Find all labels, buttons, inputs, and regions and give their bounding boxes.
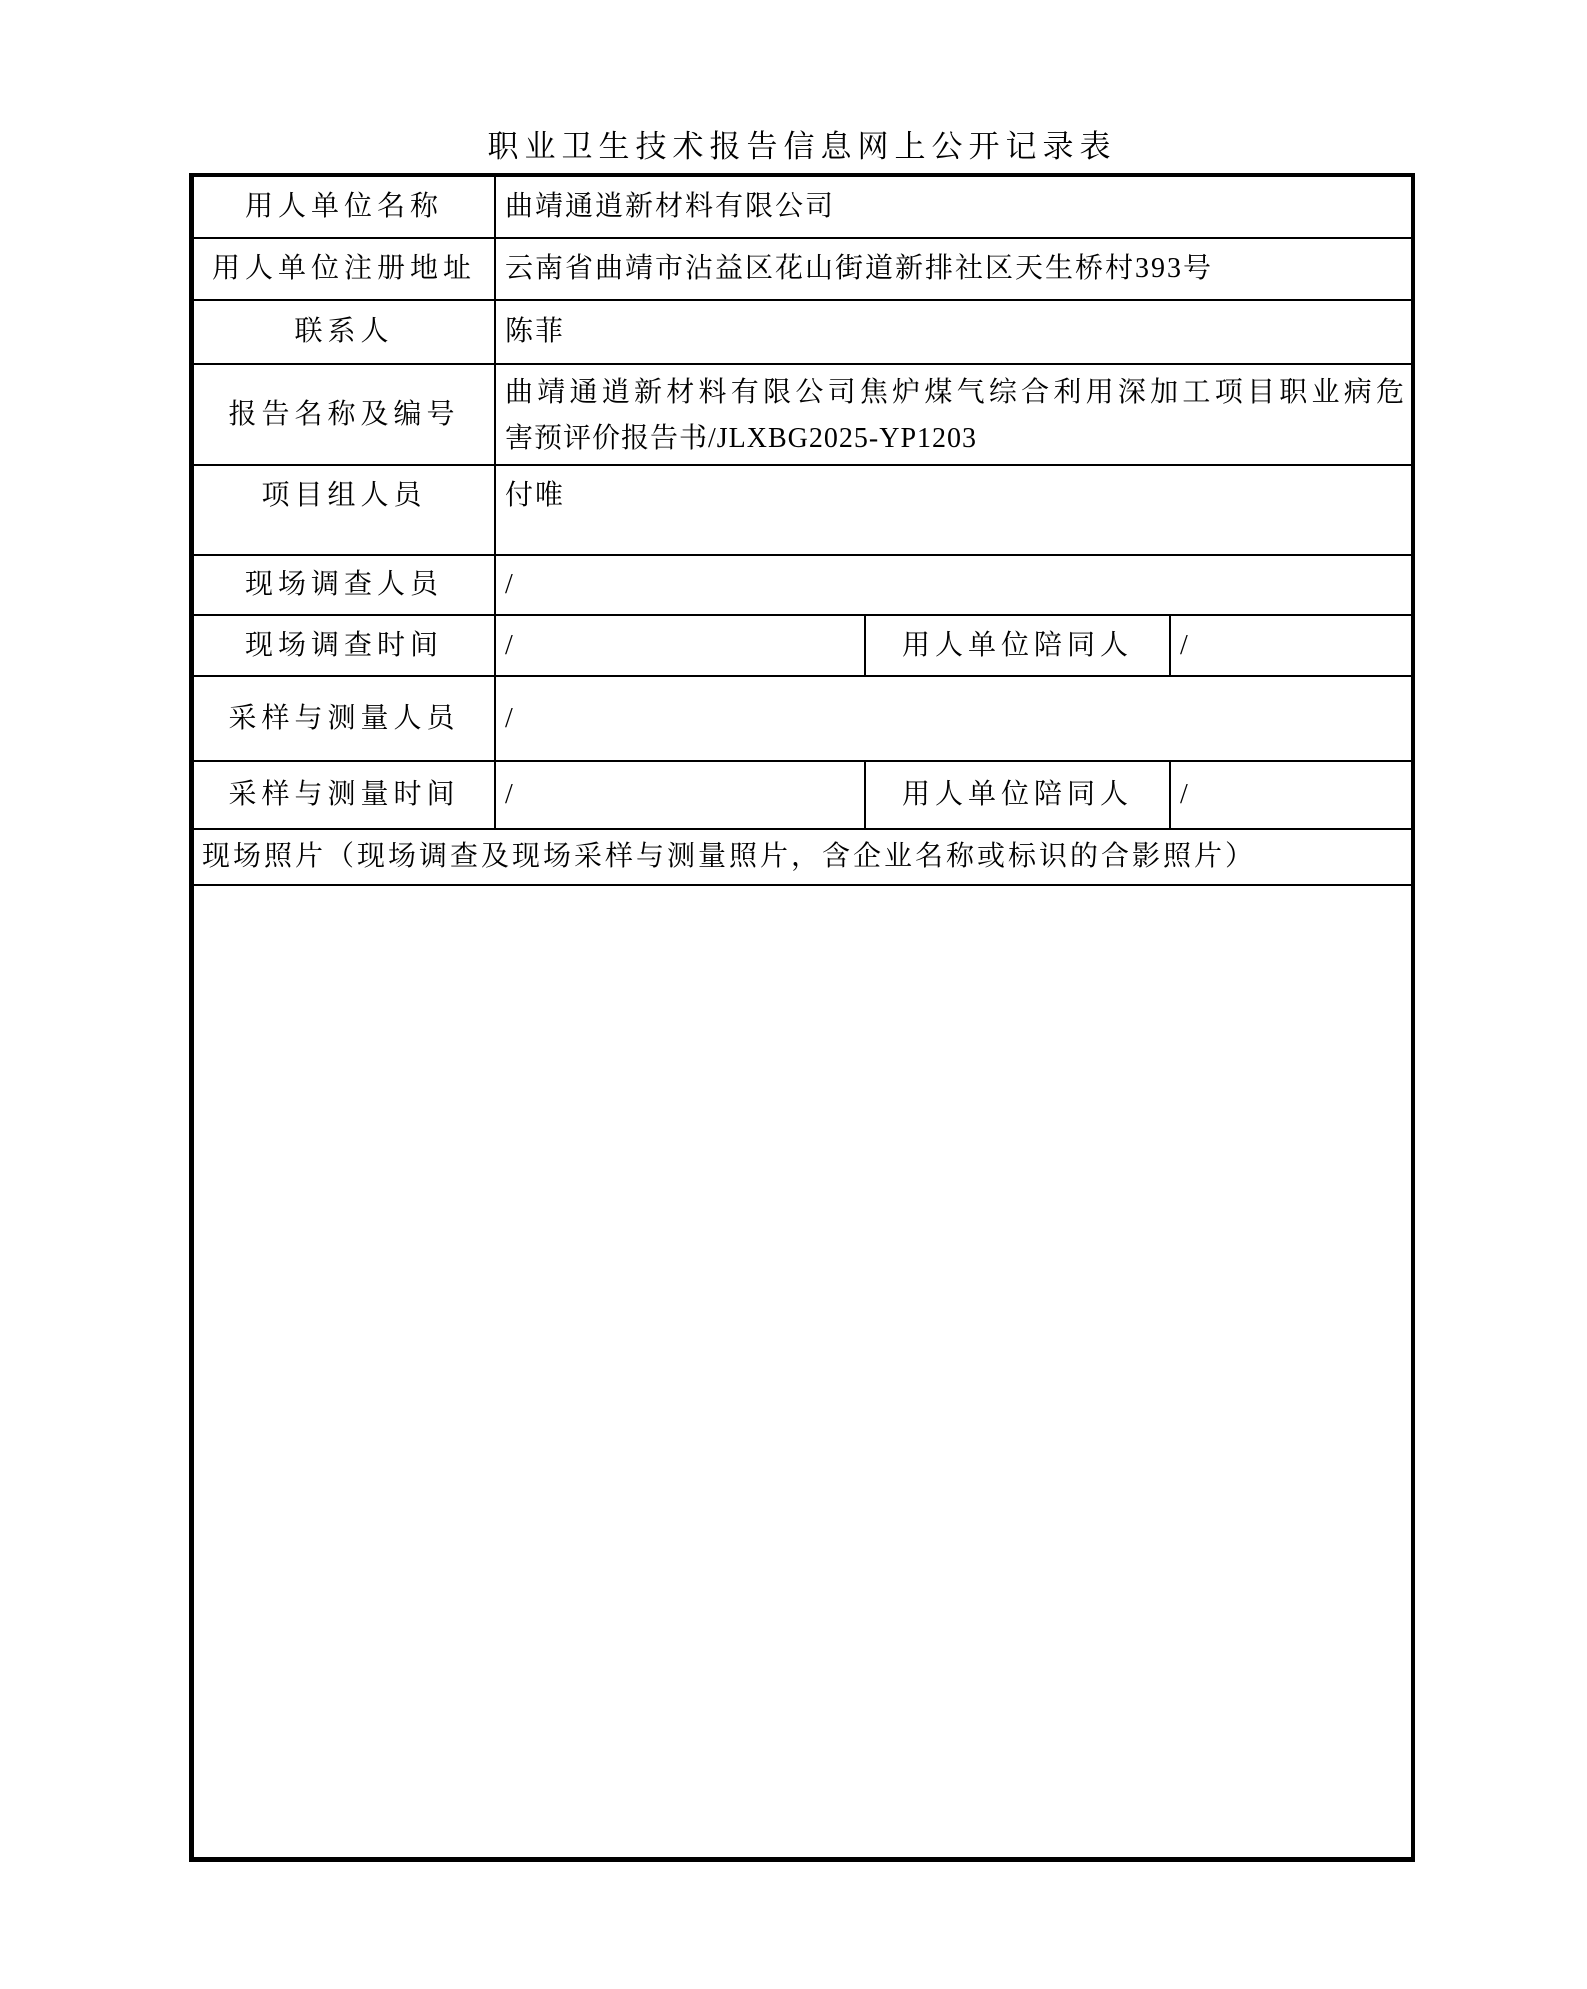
project-team-label: 项目组人员 <box>194 466 496 554</box>
table-row-site-survey-personnel: 现场调查人员 / <box>194 556 1411 616</box>
photo-placeholder-area <box>194 886 1411 1857</box>
table-row-project-team: 项目组人员 付唯 <box>194 466 1411 556</box>
report-name-number-value: 曲靖通逍新材料有限公司焦炉煤气综合利用深加工项目职业病危 害预评价报告书/JLX… <box>496 365 1411 464</box>
sampling-time-value: / <box>496 762 866 828</box>
survey-accompanying-person-label: 用人单位陪同人 <box>866 616 1171 675</box>
survey-accompanying-person-value: / <box>1171 616 1411 675</box>
site-survey-time-value: / <box>496 616 866 675</box>
employer-name-label: 用人单位名称 <box>194 177 496 237</box>
table-row-report-name-number: 报告名称及编号 曲靖通逍新材料有限公司焦炉煤气综合利用深加工项目职业病危 害预评… <box>194 365 1411 466</box>
table-row-site-photos-note: 现场照片（现场调查及现场采样与测量照片，含企业名称或标识的合影照片） <box>194 830 1411 886</box>
table-row-contact-person: 联系人 陈菲 <box>194 301 1411 365</box>
report-name-line2: 害预评价报告书/JLXBG2025-YP1203 <box>505 416 1405 462</box>
table-row-sampling-personnel: 采样与测量人员 / <box>194 677 1411 762</box>
site-survey-personnel-value: / <box>496 556 1411 614</box>
site-photos-note: 现场照片（现场调查及现场采样与测量照片，含企业名称或标识的合影照片） <box>194 830 1411 884</box>
table-row-employer-name: 用人单位名称 曲靖通逍新材料有限公司 <box>194 177 1411 239</box>
table-row-photo-area <box>194 886 1411 1857</box>
record-table: 用人单位名称 曲靖通逍新材料有限公司 用人单位注册地址 云南省曲靖市沾益区花山街… <box>189 173 1415 1862</box>
project-team-value: 付唯 <box>496 466 1411 554</box>
registered-address-label: 用人单位注册地址 <box>194 239 496 299</box>
table-row-site-survey-time: 现场调查时间 / 用人单位陪同人 / <box>194 616 1411 677</box>
sampling-personnel-value: / <box>496 677 1411 760</box>
report-name-number-label: 报告名称及编号 <box>194 365 496 464</box>
report-name-line1: 曲靖通逍新材料有限公司焦炉煤气综合利用深加工项目职业病危 <box>505 370 1405 416</box>
employer-name-value: 曲靖通逍新材料有限公司 <box>496 177 1411 237</box>
document-title: 职业卫生技术报告信息网上公开记录表 <box>189 121 1415 166</box>
contact-person-label: 联系人 <box>194 301 496 363</box>
sampling-personnel-label: 采样与测量人员 <box>194 677 496 760</box>
table-row-sampling-time: 采样与测量时间 / 用人单位陪同人 / <box>194 762 1411 830</box>
sampling-time-label: 采样与测量时间 <box>194 762 496 828</box>
contact-person-value: 陈菲 <box>496 301 1411 363</box>
registered-address-value: 云南省曲靖市沾益区花山街道新排社区天生桥村393号 <box>496 239 1411 299</box>
table-row-registered-address: 用人单位注册地址 云南省曲靖市沾益区花山街道新排社区天生桥村393号 <box>194 239 1411 301</box>
site-survey-personnel-label: 现场调查人员 <box>194 556 496 614</box>
sampling-accompanying-person-value: / <box>1171 762 1411 828</box>
site-survey-time-label: 现场调查时间 <box>194 616 496 675</box>
sampling-accompanying-person-label: 用人单位陪同人 <box>866 762 1171 828</box>
